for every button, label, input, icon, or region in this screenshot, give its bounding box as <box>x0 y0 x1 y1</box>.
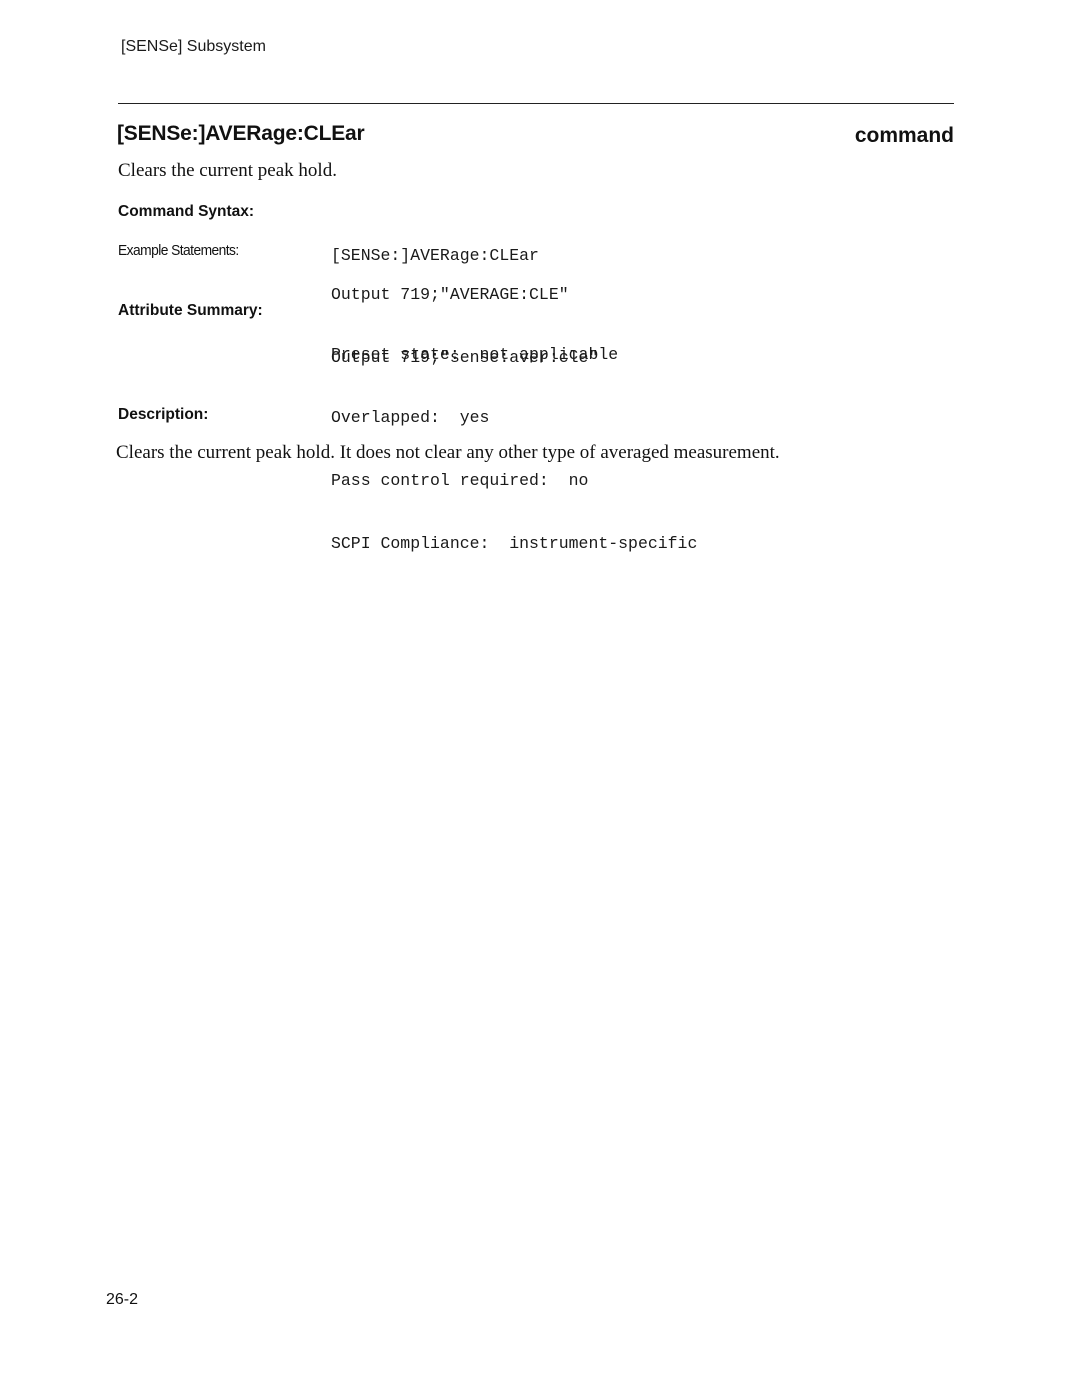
attribute-preset-state: Preset state: not applicable <box>331 344 697 365</box>
attribute-scpi-compliance: SCPI Compliance: instrument-specific <box>331 533 697 554</box>
attribute-summary-label: Attribute Summary: <box>118 302 263 320</box>
attribute-overlapped: Overlapped: yes <box>331 407 697 428</box>
command-syntax-label: Command Syntax: <box>118 203 254 221</box>
running-header: [SENSe] Subsystem <box>121 38 266 56</box>
section-divider <box>118 103 954 104</box>
command-summary: Clears the current peak hold. <box>118 160 337 182</box>
description-text: Clears the current peak hold. It does no… <box>116 442 780 464</box>
attribute-summary-block: Preset state: not applicable Overlapped:… <box>331 302 697 575</box>
example-statements-label: Example Statements: <box>118 242 239 259</box>
command-title: [SENSe:]AVERage:CLEar <box>117 122 364 146</box>
attribute-pass-control: Pass control required: no <box>331 470 697 491</box>
page-number: 26-2 <box>106 1291 138 1309</box>
command-type-label: command <box>855 124 954 148</box>
description-label: Description: <box>118 406 208 424</box>
